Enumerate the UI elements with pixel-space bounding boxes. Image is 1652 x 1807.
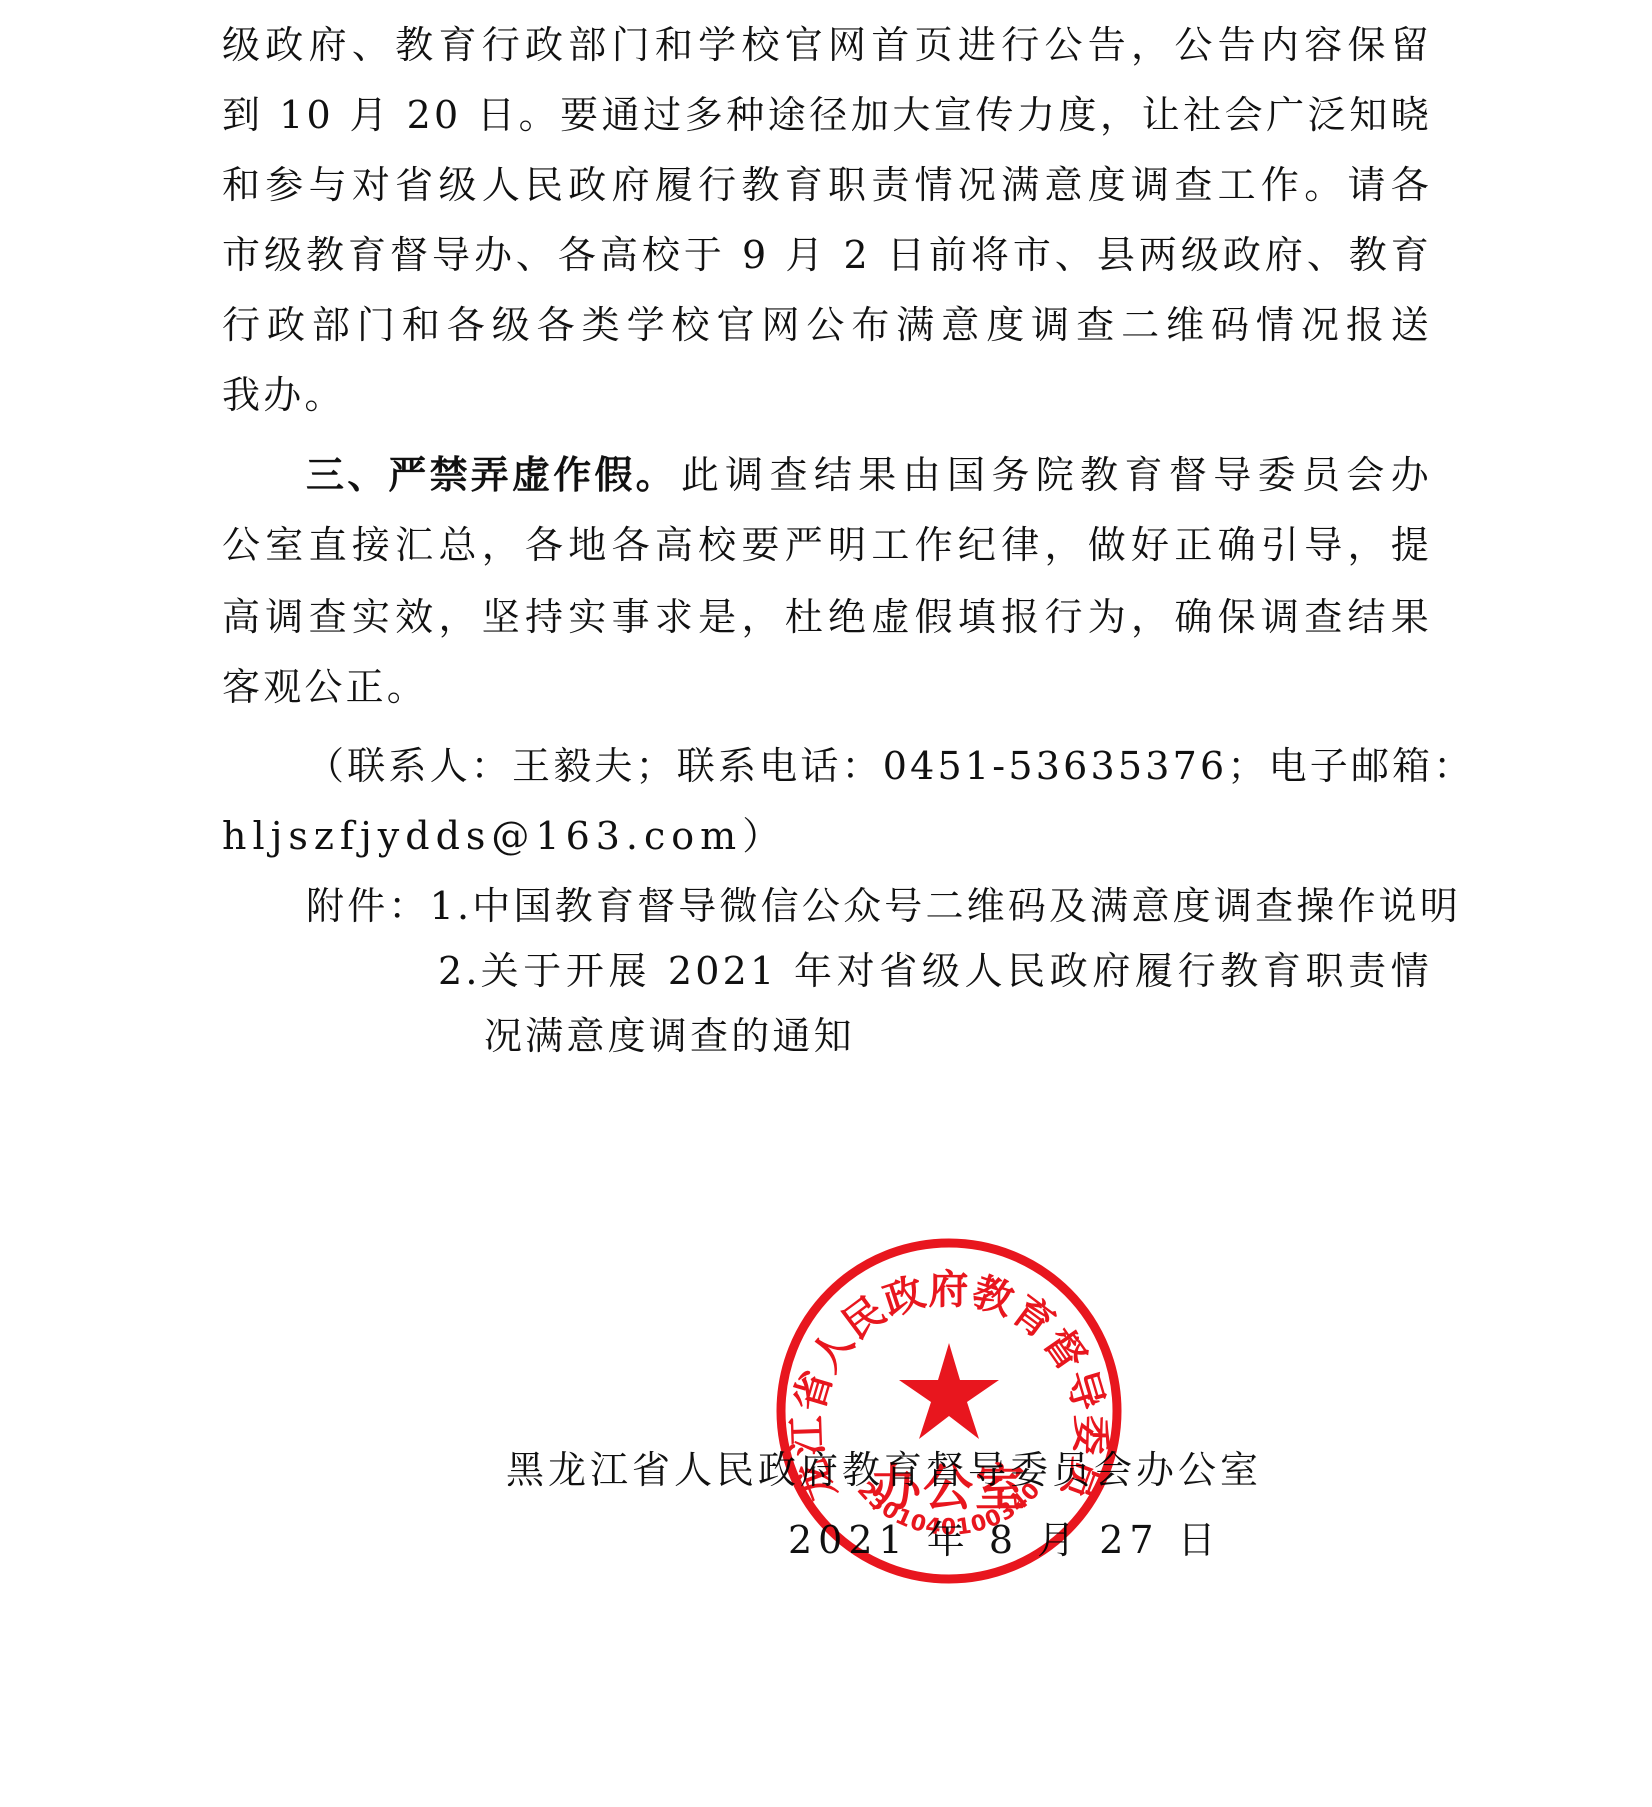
document-page: 级政府、教育行政部门和学校官网首页进行公告，公告内容保留 到 10 月 20 日… [0, 0, 1652, 1807]
attachment-number: 1. [430, 884, 473, 928]
attachment-number: 2. [438, 947, 481, 995]
attachment-title: 中国教育督导微信公众号二维码及满意度调查操作说明 [472, 884, 1461, 928]
section-3-heading: 三、严禁弄虚作假。 [306, 451, 677, 499]
attachments-label: 附件： [306, 884, 430, 928]
attachments-row-1: 附件：1.中国教育督导微信公众号二维码及满意度调查操作说明 [306, 882, 1432, 930]
paragraph-line: 到 10 月 20 日。要通过多种途径加大宣传力度，让社会广泛知晓 [222, 91, 1432, 139]
contact-line: （联系人：王毅夫；联系电话：0451-53635376；电子邮箱： [306, 742, 1432, 790]
paragraph-line: 和参与对省级人民政府履行教育职责情况满意度调查工作。请各 [222, 161, 1432, 209]
contact-email-line: hljszfjydds@163.com） [222, 812, 1432, 860]
paragraph-line: 行政部门和各级各类学校官网公布满意度调查二维码情况报送 [222, 301, 1432, 349]
paragraph-line: 市级教育督导办、各高校于 9 月 2 日前将市、县两级政府、教育 [222, 231, 1432, 279]
paragraph-line: 级政府、教育行政部门和学校官网首页进行公告，公告内容保留 [222, 21, 1432, 69]
signature-organization: 黑龙江省人民政府教育督导委员会办公室 [506, 1446, 1286, 1494]
paragraph-line: 我办。 [222, 371, 1432, 419]
attachment-title-continued: 况满意度调查的通知 [484, 1012, 1384, 1060]
paragraph-line: 高调查实效，坚持实事求是，杜绝虚假填报行为，确保调查结果 [222, 593, 1432, 641]
section-3-first-line-text: 此调查结果由国务院教育督导委员会办 [681, 451, 1432, 499]
paragraph-line: 公室直接汇总，各地各高校要严明工作纪律，做好正确引导，提 [222, 521, 1432, 569]
attachment-title: 关于开展 2021 年对省级人民政府履行教育职责情 [481, 947, 1432, 995]
section-3-first-line: 三、严禁弄虚作假。 此调查结果由国务院教育督导委员会办 [306, 451, 1432, 499]
signature-date: 2021 年 8 月 27 日 [788, 1516, 1228, 1564]
paragraph-line: 客观公正。 [222, 663, 1432, 711]
attachments-row-2: 2. 关于开展 2021 年对省级人民政府履行教育职责情 [438, 947, 1432, 995]
